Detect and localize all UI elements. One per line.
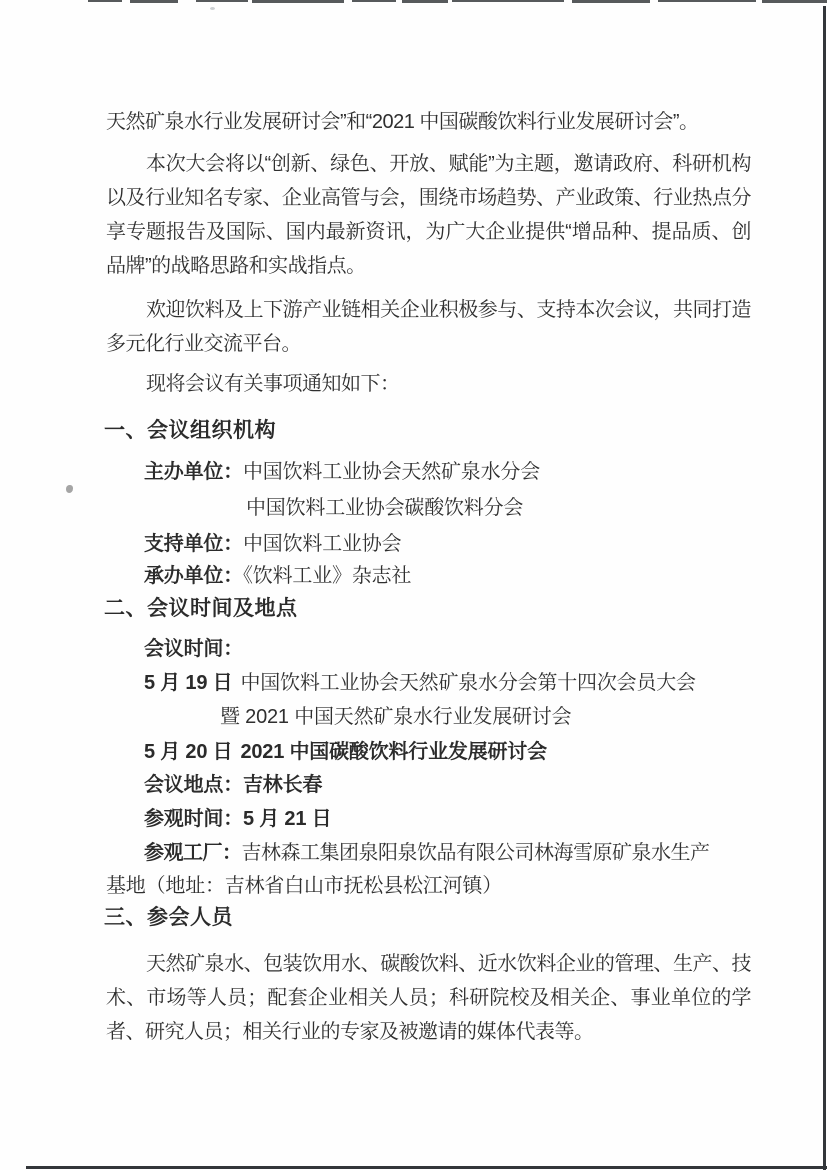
scan-right-edge-artifact [823,6,826,1170]
undertaker-value: 《饮料工业》杂志社 [243,565,411,587]
supporter-label: 支持单位： [144,533,243,555]
organizer-row: 主办单位：中国饮料工业协会天然矿泉水分会 [144,455,540,489]
day1-event-value: 中国饮料工业协会天然矿泉水分会第十四次会员大会 [240,672,695,694]
supporter-value: 中国饮料工业协会 [243,533,401,555]
venue-row: 会议地点：吉林长春 [144,768,322,802]
day2-event-value: 2021 中国碳酸饮料行业发展研讨会 [240,741,546,763]
day1-wrap-row: 暨 2021 中国天然矿泉水行业发展研讨会 [220,700,571,734]
organizer-value: 中国饮料工业协会天然矿泉水分会 [243,461,540,483]
day1-date-label: 5 月 19 日 [144,672,232,694]
visit-time-label: 参观时间： [144,808,243,830]
factory-label: 参观工厂： [144,842,242,864]
meeting-time-row: 会议时间： [144,632,243,666]
document-page: 天然矿泉水行业发展研讨会”和“2021 中国碳酸饮料行业发展研讨会”。 本次大会… [0,0,827,1170]
scan-speck [66,485,73,493]
intro-paragraph-theme: 本次大会将以“创新、绿色、开放、赋能”为主题，邀请政府、科研机构以及行业知名专家… [106,147,751,283]
scan-speck [210,7,215,10]
organizer-label: 主办单位： [144,461,243,483]
section-heading-attendees: 三、参会人员 [104,901,233,935]
visit-time-row: 参观时间：5 月 21 日 [144,802,331,836]
undertaker-row: 承办单位：《饮料工业》杂志社 [144,559,411,593]
factory-value: 吉林森工集团泉阳泉饮品有限公司林海雪原矿泉水生产 [242,842,710,864]
day2-date-label: 5 月 20 日 [144,741,232,763]
venue-label: 会议地点： [144,774,243,796]
undertaker-label: 承办单位： [144,565,243,587]
day1-row: 5 月 19 日中国饮料工业协会天然矿泉水分会第十四次会员大会 [144,666,696,700]
venue-value: 吉林长春 [243,774,322,796]
continuation-line: 天然矿泉水行业发展研讨会”和“2021 中国碳酸饮料行业发展研讨会”。 [106,105,699,139]
visit-time-value: 5 月 21 日 [243,808,331,830]
supporter-row: 支持单位：中国饮料工业协会 [144,527,401,561]
intro-paragraph-welcome: 欢迎饮料及上下游产业链相关企业积极参与、支持本次会议，共同打造多元化行业交流平台… [106,293,751,361]
intro-paragraph-notice: 现将会议有关事项通知如下： [106,367,751,401]
factory-wrap-row: 基地（地址：吉林省白山市抚松县松江河镇） [106,869,502,903]
day2-row: 5 月 20 日2021 中国碳酸饮料行业发展研讨会 [144,735,547,769]
factory-row: 参观工厂：吉林森工集团泉阳泉饮品有限公司林海雪原矿泉水生产 [144,836,710,870]
organizer-wrap-row: 中国饮料工业协会碳酸饮料分会 [246,491,523,525]
section-heading-time-venue: 二、会议时间及地点 [104,592,298,626]
attendees-paragraph: 天然矿泉水、包装饮用水、碳酸饮料、近水饮料企业的管理、生产、技术、市场等人员；配… [106,947,751,1049]
section-heading-organization: 一、会议组织机构 [104,414,276,448]
scan-bottom-edge-artifact [26,1166,827,1169]
meeting-time-label: 会议时间： [144,638,243,660]
